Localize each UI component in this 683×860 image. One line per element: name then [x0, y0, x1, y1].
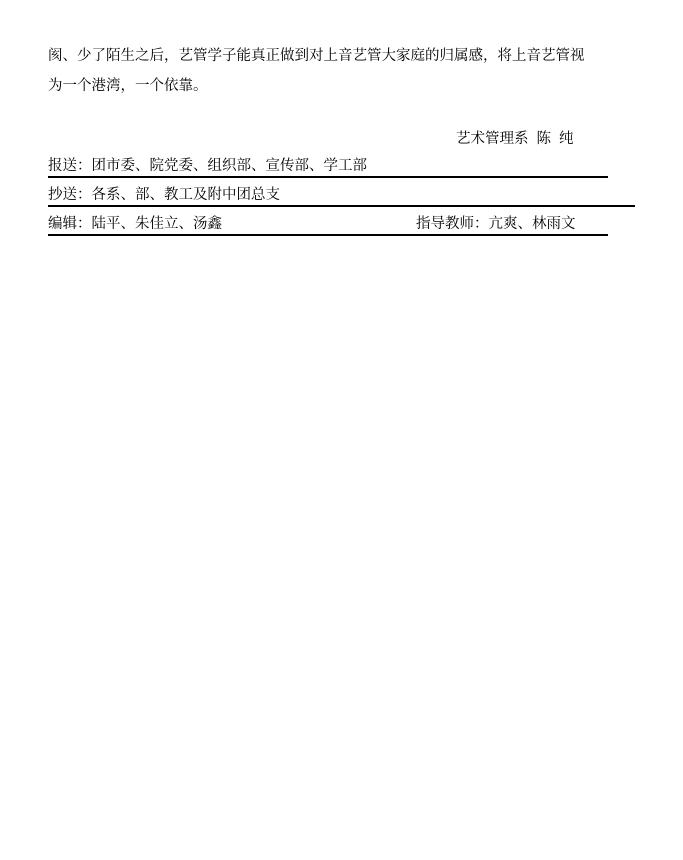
editors-line: 编辑：陆平、朱佳立、汤鑫 指导教师：亢爽、林雨文 [48, 214, 608, 236]
report-to-line: 报送：团市委、院党委、组织部、宣传部、学工部 [48, 156, 608, 178]
report-to-text: 报送：团市委、院党委、组织部、宣传部、学工部 [48, 158, 367, 174]
body-text-line-2: 为一个港湾，一个依靠。 [48, 76, 208, 96]
editors-text: 编辑：陆平、朱佳立、汤鑫 [48, 216, 222, 232]
signature-department: 艺术管理系 [456, 131, 529, 147]
signature-name-first: 陈 [537, 131, 552, 147]
copy-to-text: 抄送：各系、部、教工及附中团总支 [48, 187, 280, 203]
body-text-line-1: 阂、少了陌生之后，艺管学子能真正做到对上音艺管大家庭的归属感，将上音艺管视 [48, 46, 585, 66]
signature: 艺术管理系陈纯 [456, 129, 574, 149]
advisors-text: 指导教师：亢爽、林雨文 [416, 214, 576, 234]
signature-name-last: 纯 [559, 131, 574, 147]
copy-to-line: 抄送：各系、部、教工及附中团总支 [48, 185, 635, 207]
